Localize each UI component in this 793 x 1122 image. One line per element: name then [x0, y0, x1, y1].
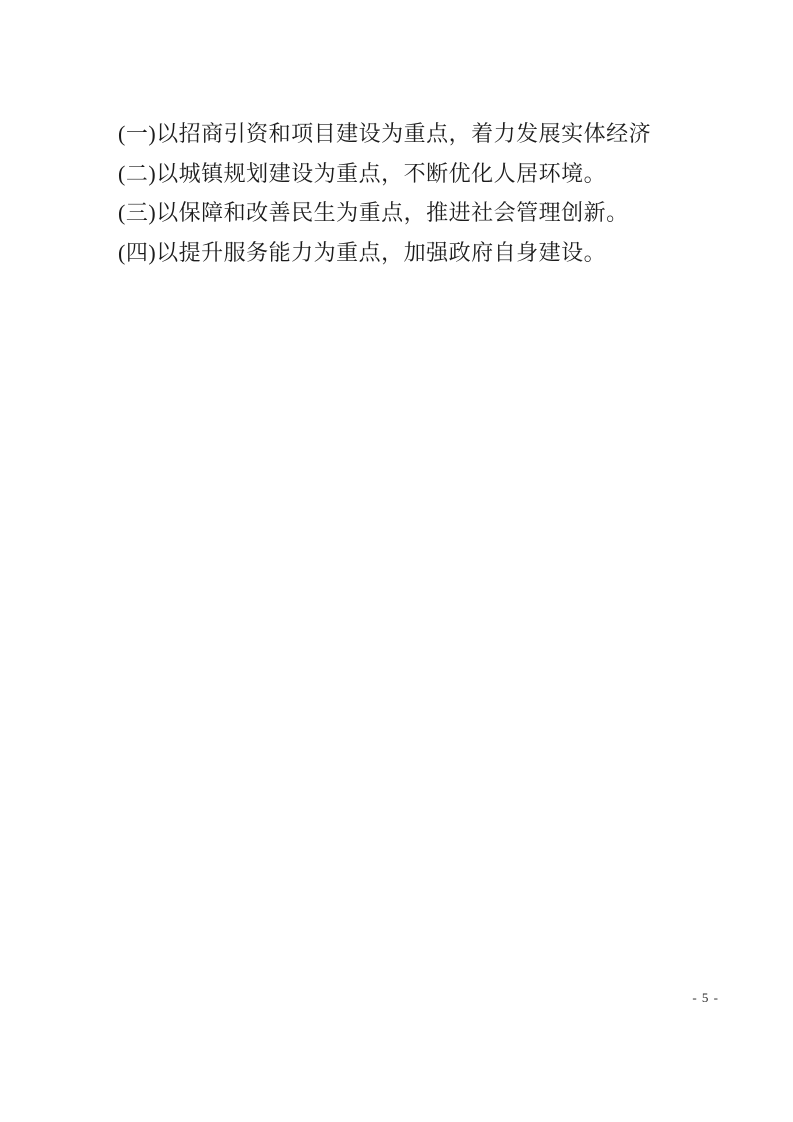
- document-body: (一)以招商引资和项目建设为重点，着力发展实体经济 (二)以城镇规划建设为重点，…: [118, 114, 738, 272]
- document-paragraph-4: (四)以提升服务能力为重点，加强政府自身建设。: [118, 233, 738, 273]
- document-paragraph-2: (二)以城镇规划建设为重点，不断优化人居环境。: [118, 154, 738, 194]
- document-paragraph-1: (一)以招商引资和项目建设为重点，着力发展实体经济: [118, 114, 738, 154]
- document-page: (一)以招商引资和项目建设为重点，着力发展实体经济 (二)以城镇规划建设为重点，…: [0, 0, 793, 1122]
- page-number: - 5 -: [0, 990, 719, 1006]
- document-paragraph-3: (三)以保障和改善民生为重点，推进社会管理创新。: [118, 193, 738, 233]
